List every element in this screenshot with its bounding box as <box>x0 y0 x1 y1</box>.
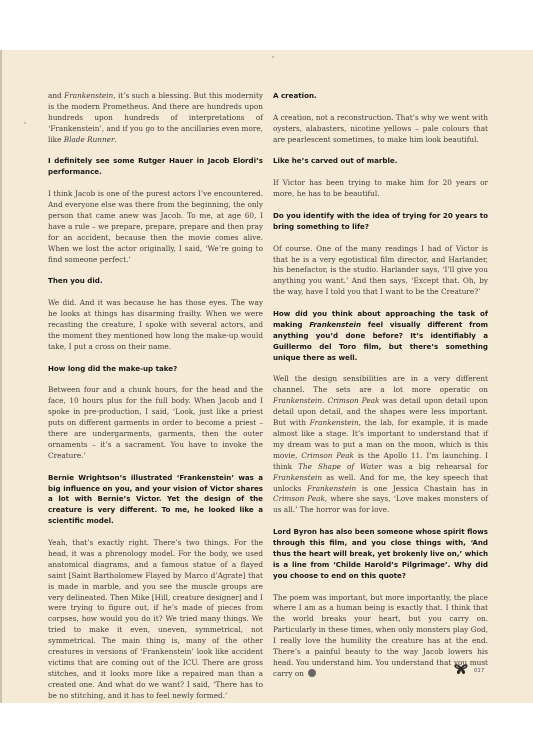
interview-answer: I think Jacob is one of the purest actor… <box>48 189 263 265</box>
interview-question: How long did the make-up take? <box>48 364 263 375</box>
paper-speck <box>272 56 274 58</box>
interview-question: I definitely see some Rutger Hauer in Ja… <box>48 156 263 178</box>
end-mark-icon <box>308 669 316 677</box>
interview-answer: Well the design sensibilities are in a v… <box>273 374 488 516</box>
interview-question: How did you think about approaching the … <box>273 309 488 364</box>
left-column: and Frankenstein, it’s such a blessing. … <box>48 91 263 713</box>
interview-answer: Of course. One of the many readings I ha… <box>273 244 488 299</box>
interview-question: Do you identify with the idea of trying … <box>273 211 488 233</box>
paper-speck <box>24 122 26 124</box>
interview-answer: If Victor has been trying to make him fo… <box>273 178 488 200</box>
interview-question: Then you did. <box>48 276 263 287</box>
page-footer: 017 <box>454 662 484 680</box>
interview-question: Lord Byron has also been someone whose s… <box>273 527 488 582</box>
interview-answer: Between four and a chunk hours, for the … <box>48 385 263 461</box>
interview-question: Like he’s carved out of marble. <box>273 156 488 167</box>
interview-question: A creation. <box>273 91 488 102</box>
magazine-page: and Frankenstein, it’s such a blessing. … <box>0 50 533 703</box>
interview-answer: A creation, not a reconstruction. That’s… <box>273 113 488 146</box>
page-number: 017 <box>474 668 484 674</box>
interview-answer: Yeah, that’s exactly right. There’s two … <box>48 538 263 702</box>
interview-answer: We did. And it was because he has those … <box>48 298 263 353</box>
interview-answer: and Frankenstein, it’s such a blessing. … <box>48 91 263 146</box>
interview-question: Bernie Wrightson’s illustrated ‘Frankens… <box>48 473 263 528</box>
butterfly-icon <box>454 662 468 680</box>
right-column: A creation.A creation, not a reconstruct… <box>273 91 488 691</box>
